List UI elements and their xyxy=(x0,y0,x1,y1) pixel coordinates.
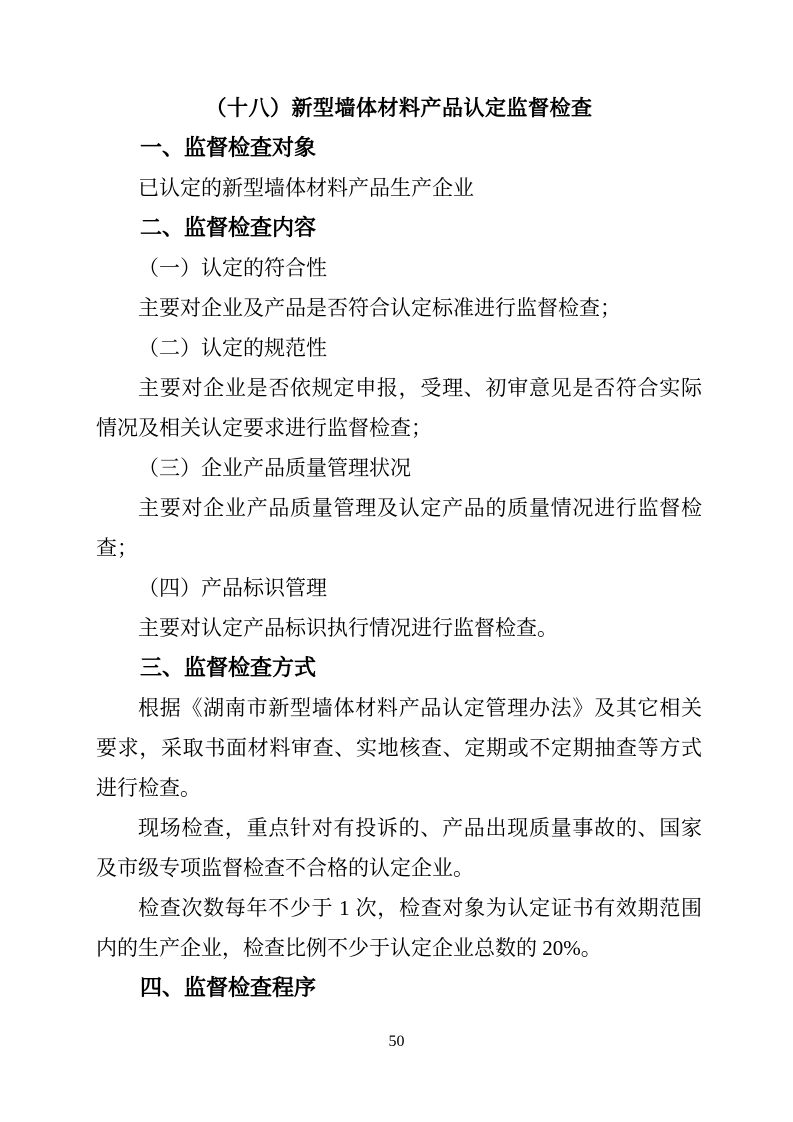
document-content: （十八）新型墙体材料产品认定监督检查 一、监督检查对象 已认定的新型墙体材料产品… xyxy=(96,88,702,1008)
section-heading-supervision-content: 二、监督检查内容 xyxy=(96,208,702,248)
paragraph: 根据《湖南市新型墙体材料产品认定管理办法》及其它相关要求，采取书面材料审查、实地… xyxy=(96,688,702,808)
page-number: 50 xyxy=(0,1030,793,1054)
paragraph: （二）认定的规范性 xyxy=(96,328,702,368)
paragraph: 现场检查，重点针对有投诉的、产品出现质量事故的、国家及市级专项监督检查不合格的认… xyxy=(96,808,702,888)
paragraph: （三）企业产品质量管理状况 xyxy=(96,448,702,488)
paragraph: 主要对企业及产品是否符合认定标准进行监督检查； xyxy=(96,288,702,328)
paragraph: 已认定的新型墙体材料产品生产企业 xyxy=(96,168,702,208)
paragraph: 检查次数每年不少于 1 次，检查对象为认定证书有效期范围内的生产企业，检查比例不… xyxy=(96,888,702,968)
section-heading-supervision-target: 一、监督检查对象 xyxy=(96,128,702,168)
paragraph: 主要对认定产品标识执行情况进行监督检查。 xyxy=(96,608,702,648)
document-page: （十八）新型墙体材料产品认定监督检查 一、监督检查对象 已认定的新型墙体材料产品… xyxy=(0,0,793,1122)
section-heading-supervision-procedure: 四、监督检查程序 xyxy=(96,968,702,1008)
document-title: （十八）新型墙体材料产品认定监督检查 xyxy=(96,88,702,128)
paragraph: 主要对企业是否依规定申报，受理、初审意见是否符合实际情况及相关认定要求进行监督检… xyxy=(96,368,702,448)
paragraph: （四）产品标识管理 xyxy=(96,568,702,608)
section-heading-supervision-method: 三、监督检查方式 xyxy=(96,648,702,688)
paragraph: 主要对企业产品质量管理及认定产品的质量情况进行监督检查； xyxy=(96,488,702,568)
paragraph: （一）认定的符合性 xyxy=(96,248,702,288)
